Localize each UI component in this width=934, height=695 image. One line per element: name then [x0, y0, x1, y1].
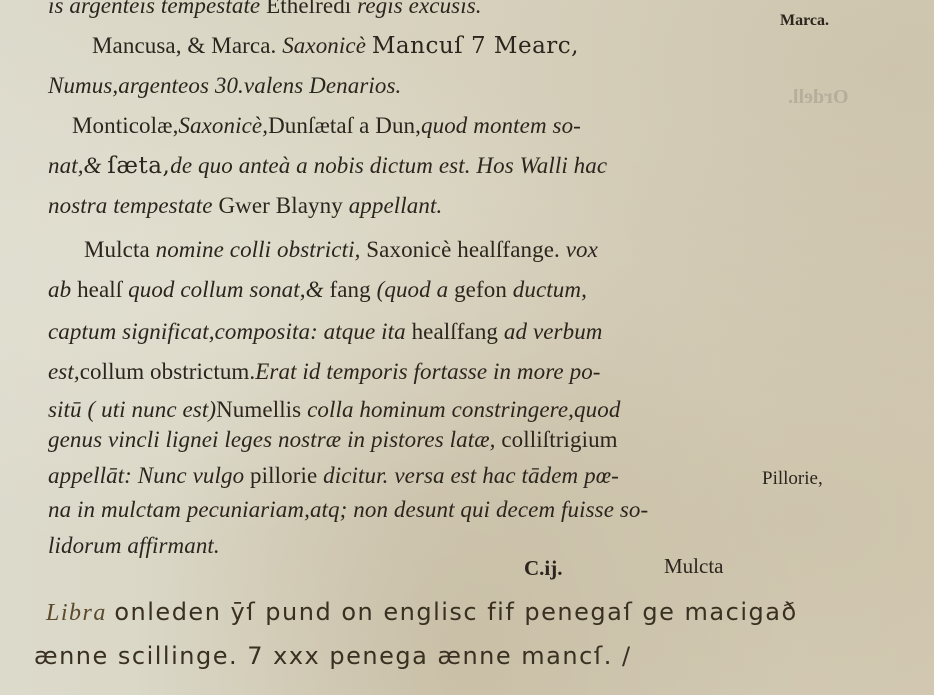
- italic-segment: Saxonicè,: [178, 113, 268, 138]
- roman-segment: colliſtrigium: [501, 427, 617, 452]
- text-line: nat,& ſæta,de quo anteà a nobis dictum e…: [48, 154, 607, 178]
- italic-segment: regis excusis.: [357, 0, 481, 18]
- roman-segment: pillorie: [250, 463, 323, 488]
- handwritten-segment: Libra: [46, 600, 114, 626]
- text-line: Numus,argenteos 30.valens Denarios.: [48, 74, 401, 97]
- saxon-type-segment: Mancuſ 7 Mearc,: [372, 33, 579, 59]
- italic-segment: is argenteis tempestate: [48, 0, 266, 18]
- roman-segment: Mancusa, & Marca.: [92, 33, 282, 58]
- handwritten-line: ænne scillinge. 7 xxx penega ænne mancſ.…: [34, 642, 632, 670]
- italic-segment: de quo anteà a nobis dictum est. Hos Wal…: [170, 153, 607, 178]
- signature-mark: C.ij.: [524, 556, 563, 581]
- italic-segment: nat,&: [48, 153, 107, 178]
- roman-segment: Monticolæ,: [72, 113, 178, 138]
- roman-segment: healſfang: [412, 319, 504, 344]
- saxon-type-segment: ſæta,: [107, 153, 170, 179]
- italic-segment: appellāt: Nunc vulgo: [48, 463, 250, 488]
- italic-segment: (quod a: [377, 277, 454, 302]
- text-line: lidorum affirmant.: [48, 534, 220, 557]
- italic-segment: dicitur. versa est hac tādem pœ-: [323, 463, 619, 488]
- text-line: genus vincli lignei leges nostræ in pist…: [48, 428, 618, 451]
- roman-segment: gefon: [454, 277, 513, 302]
- roman-segment: fang: [329, 277, 376, 302]
- italic-segment: captum significat,composita: atque ita: [48, 319, 412, 344]
- italic-segment: Numus,argenteos 30.valens Denarios.: [48, 73, 401, 98]
- handwritten-segment: ænne scillinge. 7 xxx penega ænne mancſ.…: [34, 642, 632, 670]
- italic-segment: nomine colli obstricti,: [156, 237, 367, 262]
- text-line: sitū ( uti nunc est)Numellis colla homin…: [48, 398, 620, 421]
- italic-segment: est,: [48, 359, 80, 384]
- roman-segment: Dunſætaſ a Dun,: [268, 113, 421, 138]
- roman-segment: Numellis: [216, 397, 307, 422]
- text-line: ab healſ quod collum sonat,& fang (quod …: [48, 278, 587, 301]
- roman-segment: Saxonicè healſfange.: [366, 237, 560, 262]
- roman-segment: Gwer Blayny: [218, 193, 348, 218]
- italic-segment: na in mulctam pecuniariam,atq; non desun…: [48, 497, 648, 522]
- text-line: Monticolæ,Saxonicè,Dunſætaſ a Dun,quod m…: [72, 114, 581, 137]
- italic-segment: vox: [560, 237, 598, 262]
- italic-segment: ad verbum: [504, 319, 603, 344]
- handwritten-line: Libra onleden ȳſ pund on englisc fif pen…: [46, 598, 798, 627]
- italic-segment: Erat id temporis fortasse in more po-: [255, 359, 600, 384]
- text-line: appellāt: Nunc vulgo pillorie dicitur. v…: [48, 464, 619, 487]
- roman-segment: collum obstrictum.: [80, 359, 256, 384]
- text-line: captum significat,composita: atque ita h…: [48, 320, 603, 343]
- italic-segment: colla hominum constringere,quod: [307, 397, 620, 422]
- text-line: Mulcta nomine colli obstricti, Saxonicè …: [84, 238, 598, 261]
- catchword: Mulcta: [664, 554, 723, 579]
- roman-segment: healſ: [77, 277, 128, 302]
- margin-note-marca: Marca.: [780, 12, 829, 30]
- italic-segment: ab: [48, 277, 77, 302]
- italic-segment: appellant.: [349, 193, 443, 218]
- text-line: is argenteis tempestate Ethelredi regis …: [48, 0, 482, 17]
- italic-segment: ductum,: [513, 277, 587, 302]
- roman-segment: Mulcta: [84, 237, 156, 262]
- handwritten-segment: onleden ȳſ pund on englisc fif penegaſ g…: [114, 598, 797, 626]
- book-page: Ordell. is argenteis tempestate Ethelred…: [0, 0, 934, 695]
- italic-segment: nostra tempestate: [48, 193, 218, 218]
- text-line: Mancusa, & Marca. Saxonicè Mancuſ 7 Mear…: [92, 34, 579, 58]
- show-through-text: Ordell.: [788, 86, 849, 109]
- text-line: est,collum obstrictum.Erat id temporis f…: [48, 360, 601, 383]
- italic-segment: quod collum sonat,&: [128, 277, 329, 302]
- italic-segment: sitū ( uti nunc est): [48, 397, 216, 422]
- italic-segment: lidorum affirmant.: [48, 533, 220, 558]
- text-line: nostra tempestate Gwer Blayny appellant.: [48, 194, 442, 217]
- italic-segment: genus vincli lignei leges nostræ in pist…: [48, 427, 501, 452]
- italic-segment: quod montem so-: [421, 113, 581, 138]
- text-line: na in mulctam pecuniariam,atq; non desun…: [48, 498, 648, 521]
- margin-note-pillorie: Pillorie,: [762, 468, 823, 490]
- italic-segment: Saxonicè: [282, 33, 372, 58]
- roman-segment: Ethelredi: [266, 0, 357, 18]
